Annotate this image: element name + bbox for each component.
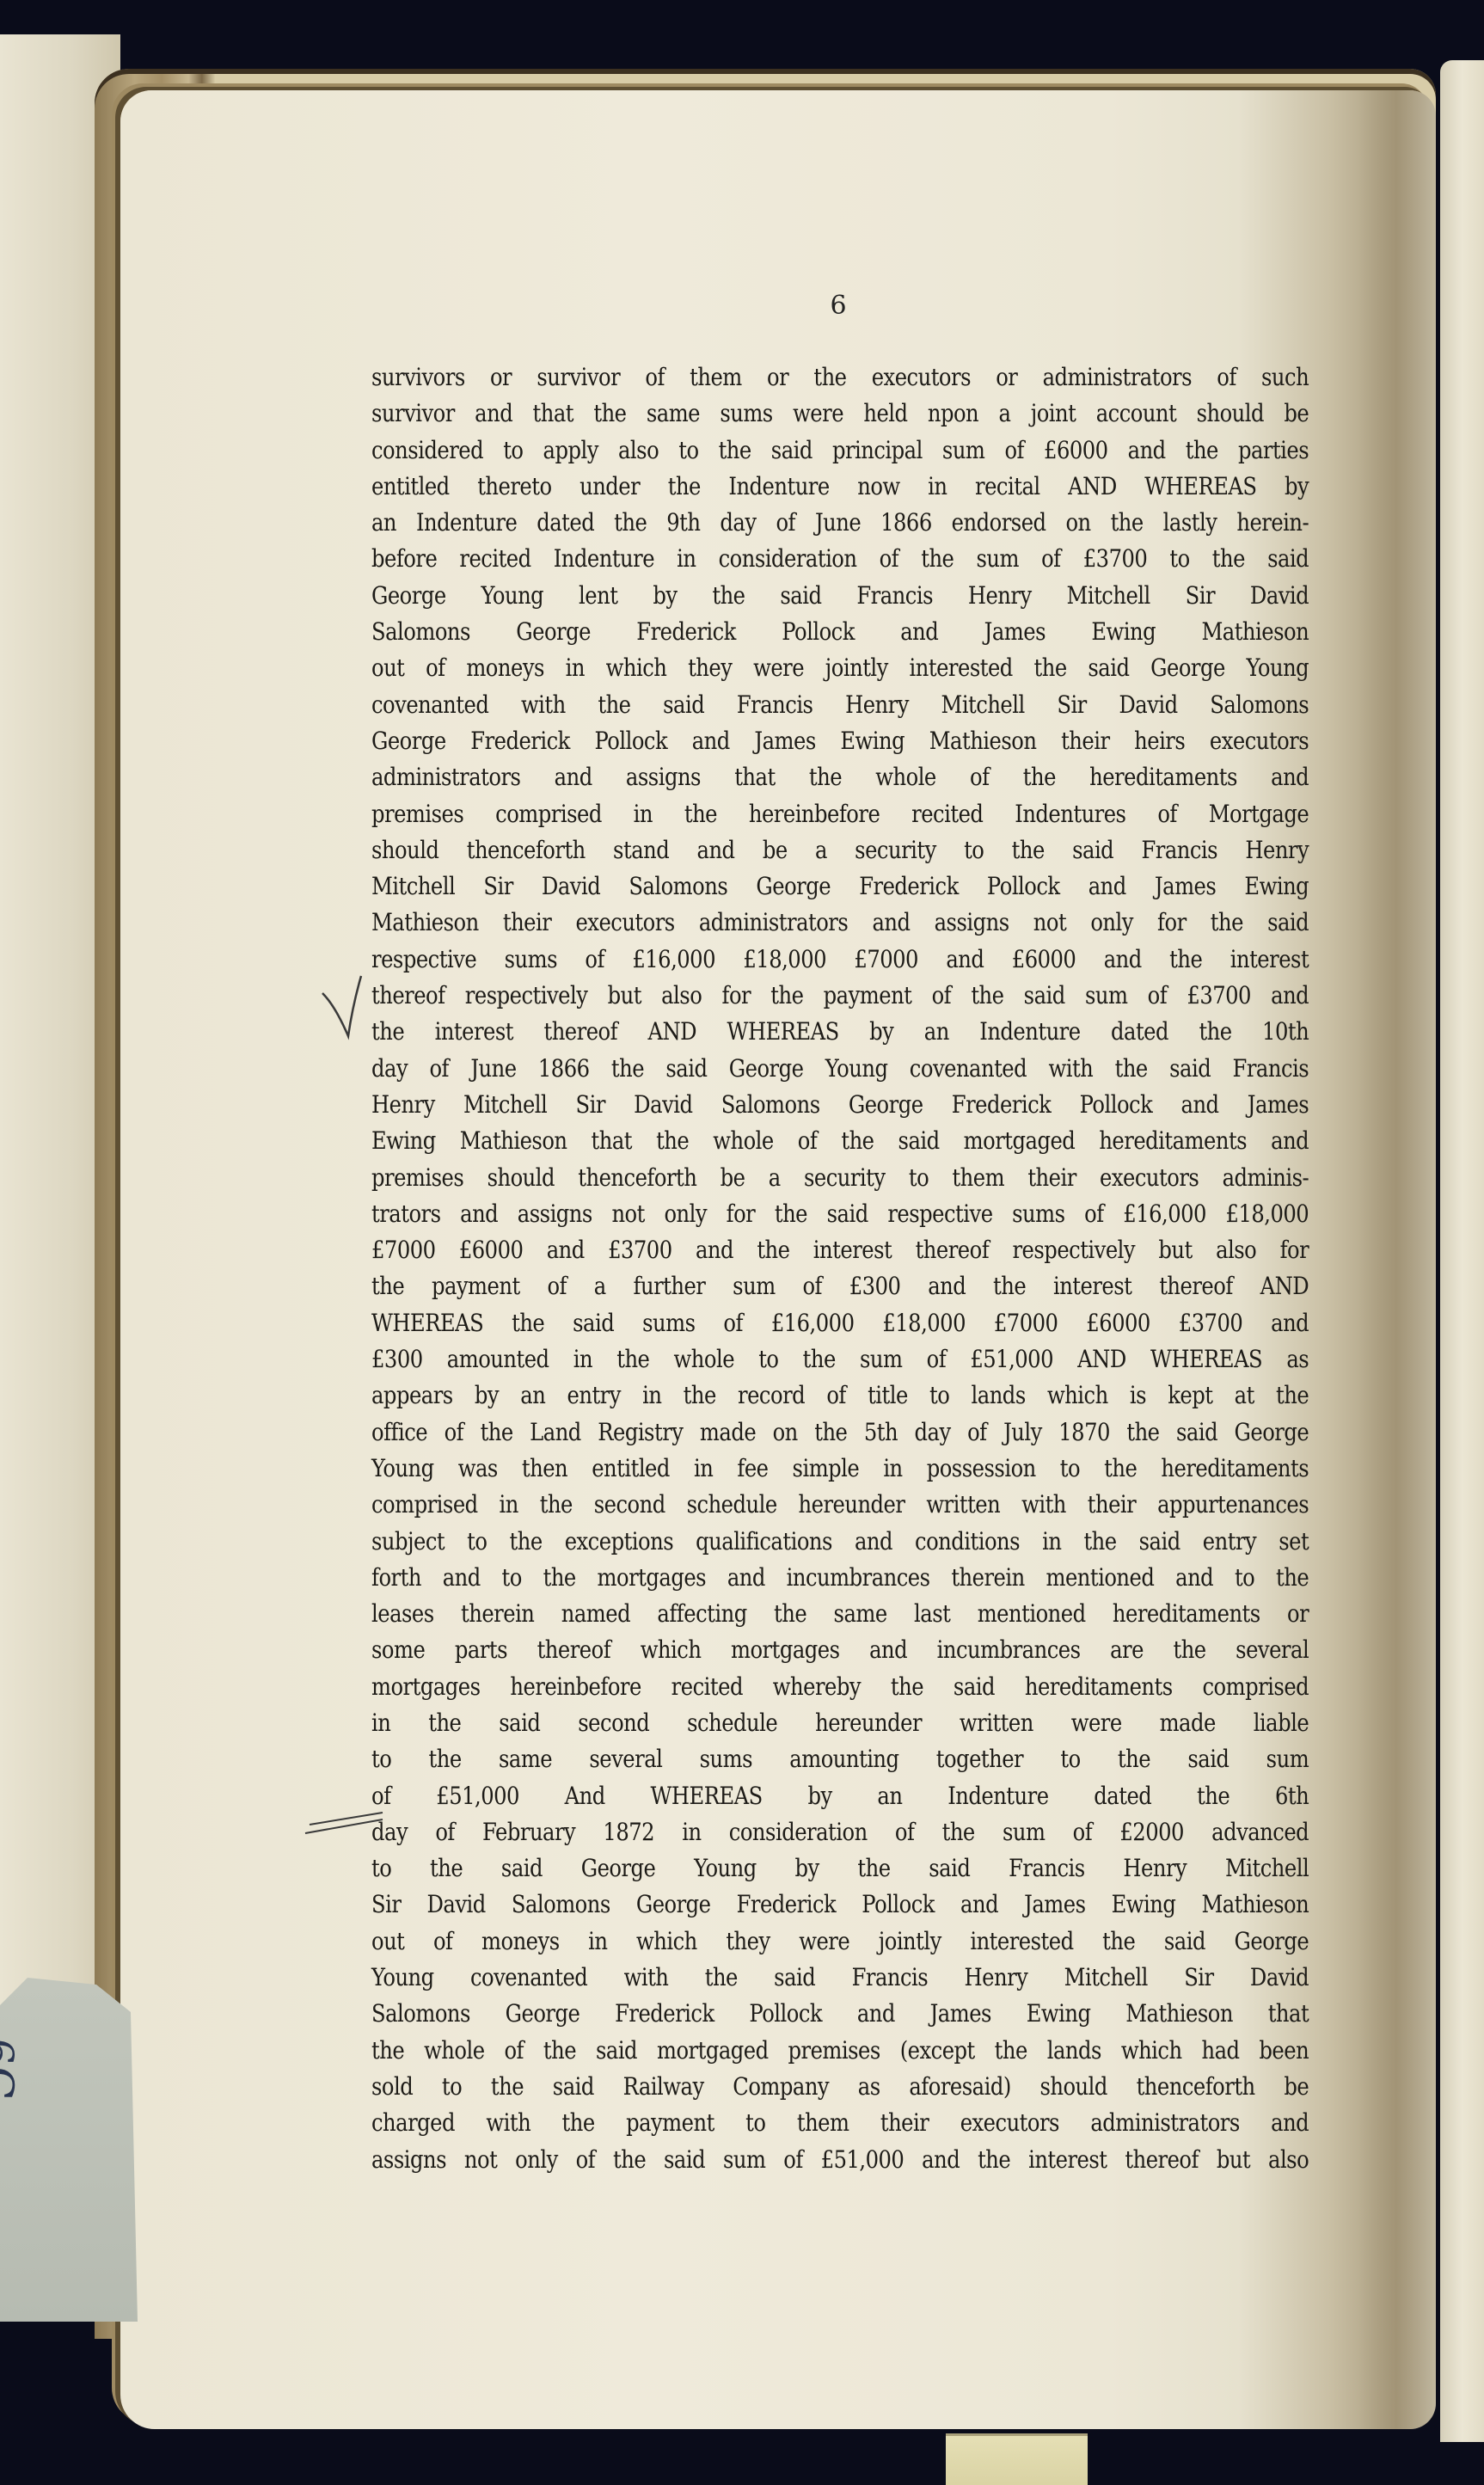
text-line: before recited Indenture in consideratio… [371, 541, 1309, 577]
text-line: George Frederick Pollock and James Ewing… [371, 723, 1309, 759]
text-line: premises should thenceforth be a securit… [371, 1160, 1309, 1196]
text-line: survivors or survivor of them or the exe… [371, 359, 1309, 396]
text-line: Sir David Salomons George Frederick Poll… [371, 1887, 1309, 1923]
text-line: appears by an entry in the record of tit… [371, 1377, 1309, 1414]
indenture-body-text: survivors or survivor of them or the exe… [371, 359, 1309, 2178]
torn-paper-tab [0, 1978, 138, 2322]
text-line: to the same several sums amounting toget… [371, 1741, 1309, 1777]
text-line: respective sums of £16,000 £18,000 £7000… [371, 942, 1309, 978]
text-line: covenanted with the said Francis Henry M… [371, 687, 1309, 723]
text-line: day of June 1866 the said George Young c… [371, 1051, 1309, 1087]
text-line: £300 amounted in the whole to the sum of… [371, 1341, 1309, 1377]
text-line: Young covenanted with the said Francis H… [371, 1960, 1309, 1996]
pencil-check-mark-icon [318, 972, 370, 1040]
text-line: Salomons George Frederick Pollock and Ja… [371, 1996, 1309, 2032]
next-page-edge [1440, 60, 1484, 2442]
text-line: considered to apply also to the said pri… [371, 433, 1309, 469]
text-line: out of moneys in which they were jointly… [371, 650, 1309, 686]
text-line: trators and assigns not only for the sai… [371, 1196, 1309, 1232]
text-line: subject to the exceptions qualifications… [371, 1524, 1309, 1560]
text-line: in the said second schedule hereunder wr… [371, 1705, 1309, 1741]
text-line: assigns not only of the said sum of £51,… [371, 2142, 1309, 2178]
text-line: forth and to the mortgages and incumbran… [371, 1560, 1309, 1596]
text-line: premises comprised in the hereinbefore r… [371, 796, 1309, 832]
page-number: 6 [825, 291, 851, 321]
text-line: Young was then entitled in fee simple in… [371, 1451, 1309, 1487]
text-line: to the said George Young by the said Fra… [371, 1850, 1309, 1887]
text-line: office of the Land Registry made on the … [371, 1414, 1309, 1451]
text-line: should thenceforth stand and be a securi… [371, 832, 1309, 868]
text-line: leases therein named affecting the same … [371, 1596, 1309, 1632]
text-line: Mathieson their executors administrators… [371, 905, 1309, 941]
text-line: comprised in the second schedule hereund… [371, 1487, 1309, 1523]
text-line: entitled thereto under the Indenture now… [371, 469, 1309, 505]
yellow-paper-slip [946, 2433, 1088, 2485]
text-line: of £51,000 And WHEREAS by an Indenture d… [371, 1778, 1309, 1814]
text-line: administrators and assigns that the whol… [371, 759, 1309, 795]
text-line: £7000 £6000 and £3700 and the interest t… [371, 1232, 1309, 1268]
text-line: an Indenture dated the 9th day of June 1… [371, 505, 1309, 541]
tab-handwriting: 6C [0, 2038, 21, 2101]
text-line: WHEREAS the said sums of £16,000 £18,000… [371, 1305, 1309, 1341]
text-line: mortgages hereinbefore recited whereby t… [371, 1669, 1309, 1705]
text-line: day of February 1872 in consideration of… [371, 1814, 1309, 1850]
text-line: some parts thereof which mortgages and i… [371, 1632, 1309, 1668]
text-line: Ewing Mathieson that the whole of the sa… [371, 1123, 1309, 1159]
text-line: out of moneys in which they were jointly… [371, 1924, 1309, 1960]
text-line: the interest thereof AND WHEREAS by an I… [371, 1014, 1309, 1050]
text-line: Mitchell Sir David Salomons George Frede… [371, 868, 1309, 905]
text-line: charged with the payment to them their e… [371, 2105, 1309, 2141]
text-line: Henry Mitchell Sir David Salomons George… [371, 1087, 1309, 1123]
text-line: thereof respectively but also for the pa… [371, 978, 1309, 1014]
text-line: the payment of a further sum of £300 and… [371, 1268, 1309, 1304]
text-line: survivor and that the same sums were hel… [371, 396, 1309, 432]
text-line: sold to the said Railway Company as afor… [371, 2069, 1309, 2105]
text-line: Salomons George Frederick Pollock and Ja… [371, 614, 1309, 650]
text-line: George Young lent by the said Francis He… [371, 578, 1309, 614]
text-line: the whole of the said mortgaged premises… [371, 2033, 1309, 2069]
